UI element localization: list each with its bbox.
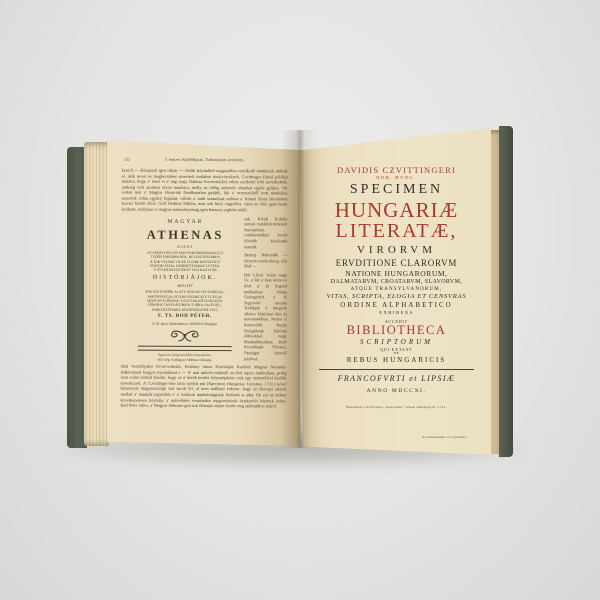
athenas-line-mellyet: MELLYET [132, 284, 238, 289]
athenas-line-historiajok: HISTÓRIÁJOK. [132, 274, 238, 282]
right-page: DAVIDIS CZVITTINGERI NOB. HVNG. SPECIMEN… [300, 128, 491, 455]
titlepage-rule [319, 369, 475, 370]
book-cover-right-edge [499, 126, 513, 457]
floral-flourish-icon [164, 328, 206, 343]
titlepage-atque: ATQUE TRANSYLVANORUM, [310, 287, 483, 292]
left-page-header: 332 I. fejezet. Külföldjárás. Tudományos… [122, 157, 288, 165]
page-stack-left-fore-edge [84, 142, 109, 446]
running-head: I. fejezet. Külföldjárás. Tudományos iro… [122, 157, 288, 163]
titlepage-hungariae: HUNGARIÆ [310, 199, 483, 221]
specimen-titlepage: DAVIDIS CZVITTINGERI NOB. HVNG. SPECIMEN… [310, 166, 483, 410]
figure-rule [138, 346, 232, 351]
titlepage-imprint-year: ANNO MDCCXI. [310, 389, 483, 395]
athenas-line-magyar: MAGYAR [132, 218, 238, 226]
titlepage-eruditione: ERVDITIONE CLARORVM [310, 259, 483, 269]
titlepage-virorvm: VIRORVM [310, 245, 483, 257]
facsimile-caption: Hasonmás Czvittinger „Specimen”-jének cí… [310, 406, 483, 410]
figure-caption-line1: Egykorú címlap kisebbített hasonmása. [132, 352, 238, 357]
body-paragraph-bottom: által Vezérlőjüket fel-nevezhetik. Kemén… [120, 364, 286, 409]
athenas-titlepage-facsimile: MAGYAR ATHENAS AVAGY AZ ERDÉLYBEN ÉS MAG… [132, 218, 239, 363]
printer-imprint: Az Athenaeum r.-t. nyomása. [422, 435, 467, 439]
titlepage-nob-hvng: NOB. HVNG. [310, 176, 483, 181]
athenas-line-athenas: ATHENAS [132, 226, 238, 243]
book-photo-scene: 332 I. fejezet. Külföldjárás. Tudományos… [0, 0, 600, 600]
titlepage-natione: NATIONE HUNGARORUM, [310, 270, 483, 278]
titlepage-author: DAVIDIS CZVITTINGERI [310, 166, 483, 175]
left-page-content: 332 I. fejezet. Külföldjárás. Tudományos… [120, 157, 287, 437]
titlepage-exhibens: EXHIBENS [310, 311, 483, 316]
titlepage-vitas: VITAS, SCRIPTA, ELOGIA ET CENSVRAS [310, 294, 483, 301]
titlepage-ordine: ORDINE ALPHABETICO [310, 302, 483, 309]
left-page: 332 I. fejezet. Külföldjárás. Tudományos… [107, 139, 300, 446]
athenas-ecclesia-line: A' M. Igeni Ekklésiában a' KRISTUS Szolg… [132, 321, 238, 326]
titlepage-bibliotheca: BIBLIOTHECA [310, 324, 483, 337]
figure-caption-line2: 160. kép. A Magyar Athenas címlapja. [132, 358, 238, 363]
titlepage-imprint-place: FRANCOFVRTI et LIPSIÆ [310, 375, 483, 383]
athenas-line-avagy: AVAGY [132, 244, 238, 249]
titlepage-specimen: SPECIMEN [310, 183, 483, 198]
athenas-collect-block: SOK ESZTENDŐK ALATT, NEM KEVÉS SZORGAL- … [132, 290, 238, 312]
titlepage-rebus: REBUS HUNGARICIS [310, 357, 483, 364]
body-paragraph-top: keserű — áldozatok igen ritkán — életük … [121, 168, 287, 213]
titlepage-literatae: LITERATÆ, [310, 221, 483, 242]
titlepage-dalmatarvm: DALMATARVM, CROATARVM, SLAVORVM, [310, 279, 483, 285]
athenas-author-line: F. TS. BOD PÉTER. [132, 314, 238, 321]
athenas-subtitle-block: AZ ERDÉLYBEN ÉS MAGYAR-ORSZÁGBAN ÉLT TUD… [132, 251, 238, 273]
titlepage-scriptorum: SCRIPTORUM [310, 339, 483, 346]
